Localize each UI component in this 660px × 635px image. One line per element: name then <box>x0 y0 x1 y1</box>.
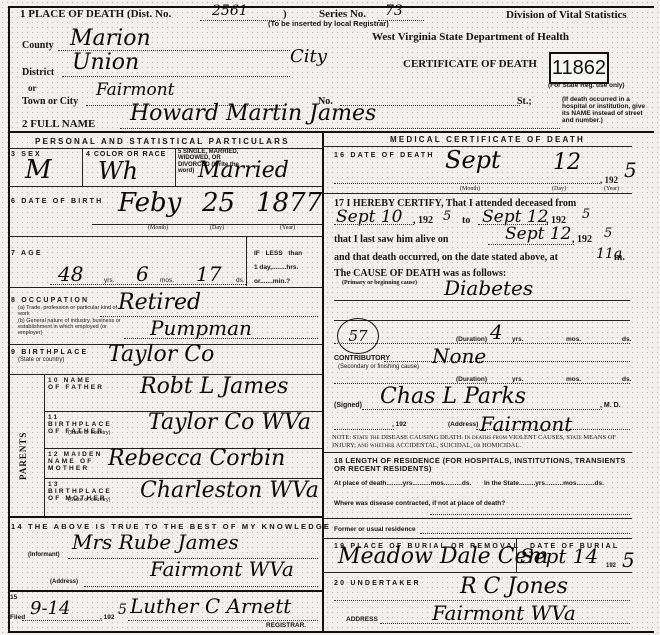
rule <box>322 538 632 539</box>
dob-day-caption: (Day) <box>210 225 224 231</box>
mother-birthplace-value: Charleston WVa <box>140 478 319 503</box>
dob-year-caption: (Year) <box>280 225 295 231</box>
rule <box>322 518 632 519</box>
certificate-number: 11862 <box>549 52 609 84</box>
certificate-title: CERTIFICATE OF DEATH <box>403 58 537 70</box>
institution-note: (If death occurred in a hospital or inst… <box>562 96 654 124</box>
death-year-caption: (Year) <box>604 186 619 192</box>
informant-address-caption: (Address) <box>50 579 78 585</box>
at-place-of-death: At place of death.........yrs..........m… <box>334 480 484 487</box>
undertaker-address: Fairmont WVa <box>432 601 576 625</box>
rule <box>334 300 630 301</box>
death-month-caption: (Month) <box>460 186 480 192</box>
death-date-line <box>334 183 600 184</box>
registrar-note: (To be inserted by local Registrar) <box>268 19 389 28</box>
street-label: St.; <box>517 96 532 107</box>
md-label: , M. D. <box>600 402 621 409</box>
death-year-prefix: , 192 <box>600 175 618 185</box>
marital-value: Married <box>198 158 289 183</box>
rule <box>8 516 322 518</box>
registrar-signature: Luther C Arnett <box>130 594 291 618</box>
undertaker-address-line <box>380 623 630 624</box>
occupation-b-value: Pumpman <box>150 316 252 340</box>
attended-from-line <box>334 224 414 225</box>
duration-caption: (Duration) <box>456 336 487 343</box>
rule <box>175 148 176 186</box>
disease-contracted-label: Where was disease contracted, if not at … <box>334 500 574 507</box>
rule <box>322 452 632 453</box>
occurred-label: and that death occurred, on the date sta… <box>334 252 558 263</box>
section-divider <box>8 131 654 133</box>
center-divider <box>322 131 324 631</box>
contributory-value: None <box>432 344 486 368</box>
primary-cause-caption: (Primary or beginning cause) <box>342 280 417 286</box>
age-months: 6 <box>136 262 149 286</box>
occupation-a-value: Retired <box>118 290 201 315</box>
filing-number: 15 <box>10 594 17 601</box>
duration-years: 4 <box>490 320 503 344</box>
father-birthplace-caption: (State or country) <box>68 430 111 436</box>
personal-section-title: PERSONAL AND STATISTICAL PARTICULARS <box>35 137 290 146</box>
one-day-label: 1 day,........hrs. <box>254 264 298 271</box>
series-no: 73 <box>385 3 403 19</box>
death-day-caption: (Day) <box>552 186 566 192</box>
race-value: Wh <box>98 157 138 185</box>
attended-from-year-prefix: , 192 <box>413 215 433 226</box>
attended-to-year: 5 <box>582 207 590 222</box>
former-residence-line <box>420 533 630 534</box>
county-value: Marion <box>70 26 151 51</box>
undertaker-address-label: ADDRESS <box>346 616 378 623</box>
age-line <box>50 284 246 285</box>
division-title: Division of Vital Statistics <box>506 9 627 21</box>
department-title: West Virginia State Department of Health <box>372 31 569 43</box>
physician-address: Fairmont <box>480 412 572 436</box>
or-label: or <box>28 83 37 93</box>
in-the-state: In the State.........yrs..........mos...… <box>484 480 634 487</box>
death-month: Sept <box>445 146 501 174</box>
rule <box>8 590 322 592</box>
mother-name-value: Rebecca Corbin <box>108 446 285 471</box>
sig-year-label: , 192 <box>392 421 406 428</box>
age-yrs-caption: yrs. <box>104 277 114 284</box>
duration-yrs-caption: yrs. <box>512 336 524 343</box>
rule <box>44 374 45 516</box>
rule <box>246 236 247 286</box>
medical-section-title: MEDICAL CERTIFICATE OF DEATH <box>390 135 585 144</box>
last-saw-year-prefix: , 192 <box>572 234 592 245</box>
burial-date: Sept 14 <box>520 544 598 568</box>
cause-code: 57 <box>337 318 379 354</box>
age-mos-caption: mos. <box>160 277 174 284</box>
state-reg-note: (For State Reg. use only) <box>548 82 625 89</box>
attended-from-year: 5 <box>443 209 451 224</box>
place-of-death-label: 1 PLACE OF DEATH (Dist. No. <box>20 8 171 20</box>
death-year-suffix: 5 <box>624 158 637 182</box>
burial-year-suffix: 5 <box>622 548 635 572</box>
district-label: District <box>22 67 54 78</box>
duration2-caption: (Duration) <box>456 376 487 383</box>
bottom-border <box>8 631 654 633</box>
filed-year-suffix: 5 <box>118 602 127 618</box>
rule <box>8 186 322 187</box>
full-name-value: Howard Martin James <box>130 101 376 126</box>
informant-caption: (Informant) <box>28 552 60 558</box>
age-years: 48 <box>58 262 83 286</box>
last-saw-label: that I last saw him alive on <box>334 234 448 245</box>
duration-ds-caption: ds. <box>622 336 631 343</box>
informant-address-line <box>84 586 318 587</box>
filed-year-prefix: , 192 <box>100 614 114 621</box>
age-ds-caption: ds. <box>236 277 245 284</box>
undertaker-label: 20 UNDERTAKER <box>334 580 421 587</box>
rule <box>8 287 322 288</box>
registrar-line <box>128 620 318 621</box>
full-name-line <box>120 128 560 129</box>
contracted-line <box>430 514 630 515</box>
parents-section-label: PARENTS <box>18 432 28 480</box>
occupation-b-line <box>124 338 318 339</box>
occupation-label: 8 OCCUPATION <box>11 297 89 304</box>
filed-date-line <box>22 620 102 621</box>
age-days: 17 <box>196 262 221 286</box>
dob-month: Feby <box>118 188 181 218</box>
to-label: to <box>462 215 470 226</box>
occupation-b-label: (b) General nature of industry, business… <box>18 318 124 336</box>
residence-label: 18 LENGTH OF RESIDENCE (FOR HOSPITALS, I… <box>334 457 634 473</box>
informant-value: Mrs Rube James <box>72 530 239 554</box>
rule <box>334 320 630 321</box>
dob-label: 6 DATE OF BIRTH <box>11 198 103 205</box>
age-label: 7 AGE <box>11 250 43 257</box>
town-value: Fairmont <box>96 80 174 100</box>
registrar-label: REGISTRAR. <box>266 622 306 629</box>
contributory-label: CONTRIBUTORY <box>334 355 390 362</box>
death-certificate: 1 PLACE OF DEATH (Dist. No. 2561 ) Serie… <box>0 0 660 635</box>
dob-day: 25 <box>202 188 235 218</box>
last-saw-line <box>488 244 574 245</box>
duration2-ds-caption: ds. <box>622 376 631 383</box>
full-name-label: 2 FULL NAME <box>22 118 95 130</box>
burial-place: Meadow Dale Cem <box>338 544 548 569</box>
date-of-death-label: 16 DATE OF DEATH <box>334 152 435 159</box>
duration2-mos-caption: mos. <box>566 376 581 383</box>
last-saw-date: Sept 12 <box>505 224 571 244</box>
left-border <box>8 6 10 632</box>
informant-address-value: Fairmont WVa <box>150 557 294 581</box>
violent-causes-note: NOTE: State the DISEASE CAUSING DEATH. I… <box>332 434 634 449</box>
signed-label: (Signed) <box>334 402 362 409</box>
county-label: County <box>22 40 54 51</box>
last-saw-year: 5 <box>604 226 612 241</box>
duration-mos-caption: mos. <box>566 336 581 343</box>
town-label: Town or City <box>22 96 78 107</box>
filed-date: 9-14 <box>30 598 70 619</box>
contributory-line <box>384 361 630 362</box>
dob-month-caption: (Month) <box>148 225 168 231</box>
district-value: Union <box>72 50 139 75</box>
father-birthplace-value: Taylor Co WVa <box>148 410 311 435</box>
birthplace-caption: (State or country) <box>18 357 64 363</box>
duration2-yrs-caption: yrs. <box>512 376 524 383</box>
rule <box>8 148 322 149</box>
physician-address-label: (Address) <box>448 421 478 428</box>
physician-address-line <box>476 429 630 430</box>
district-line <box>62 76 290 77</box>
undertaker-value: R C Jones <box>460 574 568 599</box>
birthplace-value: Taylor Co <box>108 342 214 367</box>
city-mark: City <box>290 46 327 67</box>
rule <box>8 236 322 237</box>
dob-year: 1877 <box>256 188 322 218</box>
physician-signature: Chas L Parks <box>380 384 526 409</box>
birthplace-label: 9 BIRTHPLACE <box>11 349 88 356</box>
sex-value: M <box>25 155 52 185</box>
secondary-cause-caption: (Secondary or finishing cause) <box>338 364 419 370</box>
dist-no: 2561 <box>212 3 248 19</box>
father-name-value: Robt L James <box>140 374 288 399</box>
former-residence-label: Former or usual residence <box>334 526 416 533</box>
cause-of-death: Diabetes <box>444 276 533 300</box>
death-day: 12 <box>553 150 581 175</box>
rule <box>322 572 632 573</box>
signed-line <box>362 409 602 410</box>
rule <box>322 193 632 194</box>
or-min-label: or.......min.? <box>254 278 290 285</box>
father-name-label: 10 NAME OF FATHER <box>48 377 108 391</box>
burial-year-prefix: 192 <box>606 563 616 569</box>
less-than-label: IF LESS than <box>254 250 302 257</box>
time-suffix: m. <box>614 252 625 263</box>
rule <box>82 148 83 186</box>
sig-date-line <box>334 429 394 430</box>
mother-birthplace-caption: (State or country) <box>68 497 111 503</box>
